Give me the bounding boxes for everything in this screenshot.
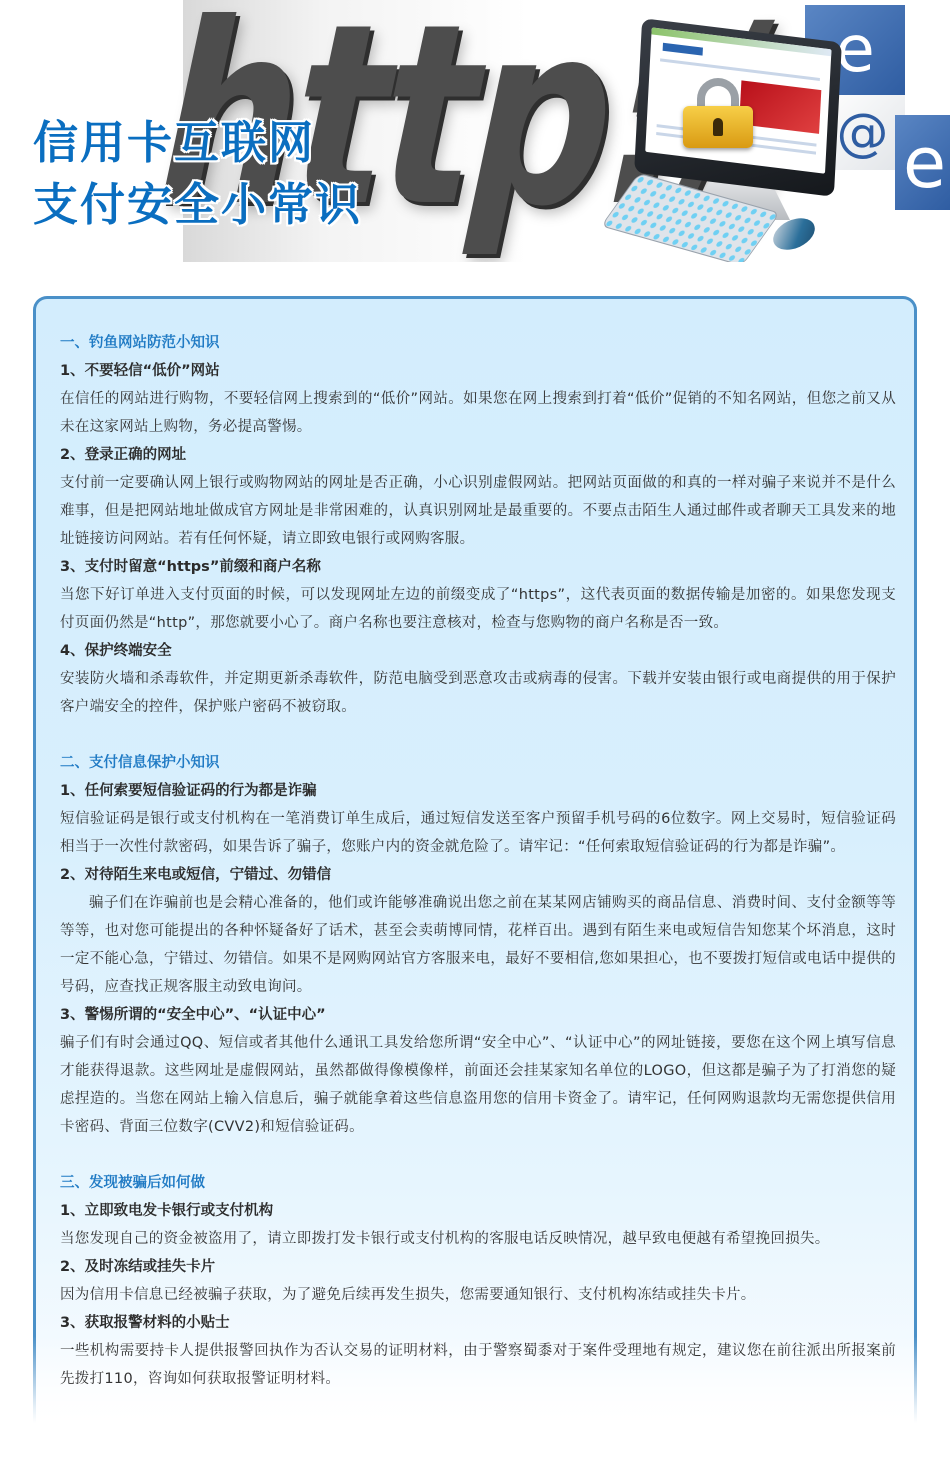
item-body: 因为信用卡信息已经被骗子获取，为了避免后续再发生损失，您需要通知银行、支付机构冻… (60, 1281, 896, 1309)
item-body: 当您下好订单进入支付页面的时候，可以发现网址左边的前缀变成了“https”，这代… (60, 581, 896, 637)
section-phishing: 一、钓鱼网站防范小知识 1、不要轻信“低价”网站 在信任的网站进行购物，不要轻信… (60, 329, 896, 721)
section-title: 二、支付信息保护小知识 (60, 749, 896, 777)
item-heading: 2、及时冻结或挂失卡片 (60, 1253, 896, 1281)
item-heading: 1、不要轻信“低价”网站 (60, 357, 896, 385)
item-heading: 3、警惕所谓的“安全中心”、“认证中心” (60, 1001, 896, 1029)
item-body: 一些机构需要持卡人提供报警回执作为否认交易的证明材料，由于警察蜀黍对于案件受理地… (60, 1337, 896, 1393)
item-heading: 3、获取报警材料的小贴士 (60, 1309, 896, 1337)
content-panel: 一、钓鱼网站防范小知识 1、不要轻信“低价”网站 在信任的网站进行购物，不要轻信… (33, 296, 917, 1476)
item-body: 在信任的网站进行购物，不要轻信网上搜索到的“低价”网站。如果您在网上搜索到打着“… (60, 385, 896, 441)
section-payment-info: 二、支付信息保护小知识 1、任何索要短信验证码的行为都是诈骗 短信验证码是银行或… (60, 749, 896, 1141)
item-heading: 1、任何索要短信验证码的行为都是诈骗 (60, 777, 896, 805)
section-divider (60, 1141, 896, 1169)
item-body: 骗子们有时会通过QQ、短信或者其他什么通讯工具发给您所谓“安全中心”、“认证中心… (60, 1029, 896, 1141)
item-body: 安装防火墙和杀毒软件，并定期更新杀毒软件，防范电脑受到恶意攻击或病毒的侵害。下载… (60, 665, 896, 721)
item-body: 支付前一定要确认网上银行或购物网站的网址是否正确，小心识别虚假网站。把网站页面做… (60, 469, 896, 553)
page-title-line-2: 支付安全小常识 (33, 174, 362, 236)
header-banner: http:// e @ e 信用卡互联网 支付安全小常识 (0, 0, 950, 262)
item-heading: 2、登录正确的网址 (60, 441, 896, 469)
section-title: 三、发现被骗后如何做 (60, 1169, 896, 1197)
item-heading: 3、支付时留意“https”前缀和商户名称 (60, 553, 896, 581)
item-heading: 4、保护终端安全 (60, 637, 896, 665)
page-title-line-1: 信用卡互联网 (33, 112, 362, 174)
item-heading: 1、立即致电发卡银行或支付机构 (60, 1197, 896, 1225)
item-body: 骗子们在诈骗前也是会精心准备的，他们或许能够准确说出您之前在某某网店铺购买的商品… (60, 889, 896, 1001)
item-heading: 2、对待陌生来电或短信，宁错过、勿错信 (60, 861, 896, 889)
section-title: 一、钓鱼网站防范小知识 (60, 329, 896, 357)
item-body: 短信验证码是银行或支付机构在一笔消费订单生成后，通过短信发送至客户预留手机号码的… (60, 805, 896, 861)
page-title: 信用卡互联网 支付安全小常识 (33, 112, 362, 236)
padlock-icon (683, 78, 753, 138)
section-after-fraud: 三、发现被骗后如何做 1、立即致电发卡银行或支付机构 当您发现自己的资金被盗用了… (60, 1169, 896, 1393)
section-divider (60, 721, 896, 749)
content-body: 一、钓鱼网站防范小知识 1、不要轻信“低价”网站 在信任的网站进行购物，不要轻信… (60, 329, 896, 1393)
e-cube-icon-2: e (895, 115, 950, 210)
item-body: 当您发现自己的资金被盗用了，请立即拨打发卡银行或支付机构的客服电话反映情况，越早… (60, 1225, 896, 1253)
